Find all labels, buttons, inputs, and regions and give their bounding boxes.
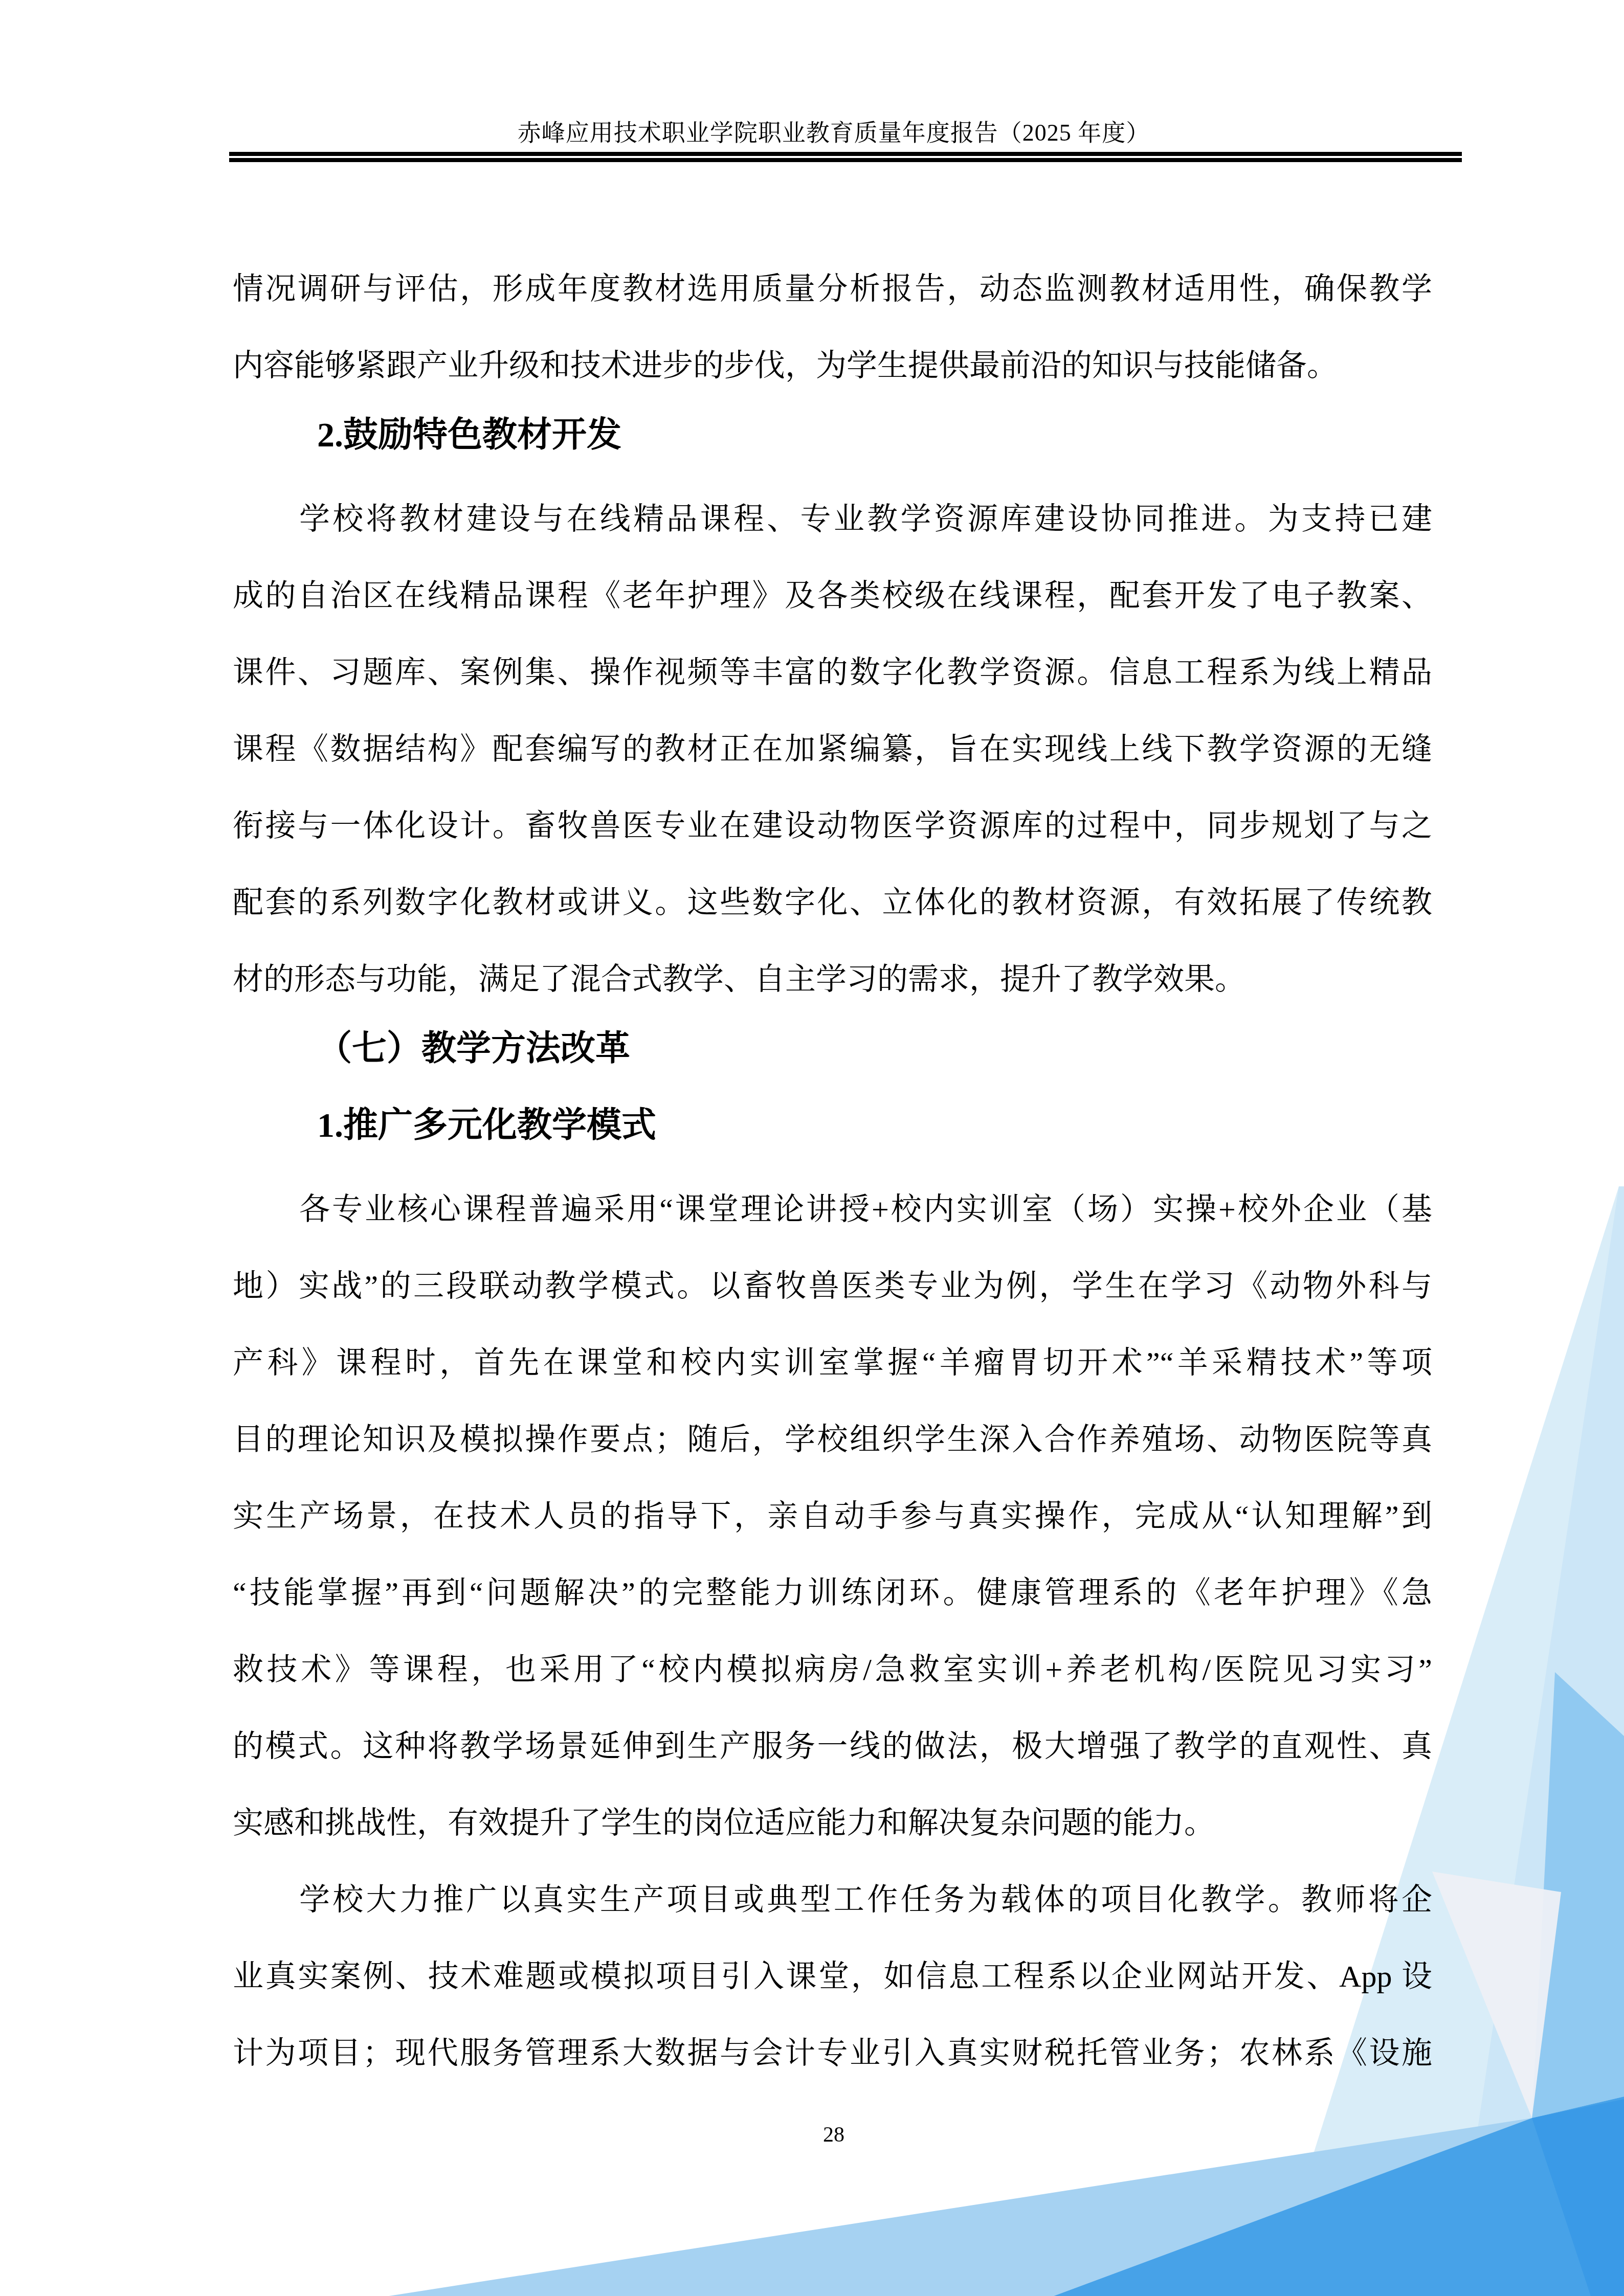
- report-page: 赤峰应用技术职业学院职业教育质量年度报告（2025 年度） 情况调研与评估，形成…: [0, 0, 1624, 2296]
- paragraph-line: 业真实案例、技术难题或模拟项目引入课堂，如信息工程系以企业网站开发、App 设: [233, 1938, 1432, 2015]
- header-rule-top: [229, 152, 1462, 156]
- paragraph-line: 课件、习题库、案例集、操作视频等丰富的数字化教学资源。信息工程系为线上精品: [233, 634, 1432, 711]
- section-heading: 2.鼓励特色教材开发: [233, 396, 1432, 473]
- paragraph-line: 的模式。这种将教学场景延伸到生产服务一线的做法，极大增强了教学的直观性、真: [233, 1708, 1432, 1785]
- paragraph-line: 学校将教材建设与在线精品课程、专业教学资源库建设协同推进。为支持已建: [233, 481, 1432, 557]
- decor-deep-blue-overlay: [1532, 2099, 1624, 2296]
- page-header-title: 赤峰应用技术职业学院职业教育质量年度报告（2025 年度）: [233, 118, 1435, 148]
- decor-gray-wedge: [1432, 1872, 1561, 2118]
- content-column: 情况调研与评估，形成年度教材选用质量分析报告，动态监测教材适用性，确保教学内容能…: [233, 251, 1432, 2091]
- paragraph-line: 内容能够紧跟产业升级和技术进步的步伐，为学生提供最前沿的知识与技能储备。: [233, 327, 1432, 404]
- paragraph-line: 情况调研与评估，形成年度教材选用质量分析报告，动态监测教材适用性，确保教学: [233, 251, 1432, 327]
- paragraph-line: 计为项目；现代服务管理系大数据与会计专业引入真实财税托管业务；农林系《设施: [233, 2015, 1432, 2091]
- paragraph-line: 实生产场景，在技术人员的指导下，亲自动手参与真实操作，完成从“认知理解”到: [233, 1478, 1432, 1555]
- paragraph-line: 成的自治区在线精品课程《老年护理》及各类校级在线课程，配套开发了电子教案、: [233, 557, 1432, 634]
- paragraph-line: 目的理论知识及模拟操作要点；随后，学校组织学生深入合作养殖场、动物医院等真: [233, 1401, 1432, 1478]
- paragraph-line: “技能掌握”再到“问题解决”的完整能力训练闭环。健康管理系的《老年护理》《急: [233, 1555, 1432, 1631]
- decor-mid-blue-band: [1532, 1672, 1624, 2118]
- paragraph-line: 产科》课程时，首先在课堂和校内实训室掌握“羊瘤胃切开术”“羊采精技术”等项: [233, 1324, 1432, 1401]
- decor-fan-inner-triangle: [1453, 1186, 1624, 2296]
- paragraph-line: 课程《数据结构》配套编写的教材正在加紧编纂，旨在实现线上线下教学资源的无缝: [233, 711, 1432, 787]
- header-rule-bottom: [229, 158, 1462, 162]
- page-number: 28: [233, 2122, 1435, 2148]
- paragraph-line: 学校大力推广以真实生产项目或典型工作任务为载体的项目化教学。教师将企: [233, 1861, 1432, 1938]
- section-heading: （七）教学方法改革: [233, 1010, 1432, 1087]
- section-heading: 1.推广多元化教学模式: [233, 1087, 1432, 1163]
- paragraph-line: 实感和挑战性，有效提升了学生的岗位适应能力和解决复杂问题的能力。: [233, 1785, 1432, 1861]
- paragraph-line: 救技术》等课程，也采用了“校内模拟病房/急救室实训+养老机构/医院见习实习”: [233, 1631, 1432, 1708]
- paragraph-line: 地）实战”的三段联动教学模式。以畜牧兽医类专业为例，学生在学习《动物外科与: [233, 1248, 1432, 1324]
- paragraph-line: 配套的系列数字化教材或讲义。这些数字化、立体化的教材资源，有效拓展了传统教: [233, 864, 1432, 941]
- paragraph-line: 各专业核心课程普遍采用“课堂理论讲授+校内实训室（场）实操+校外企业（基: [233, 1171, 1432, 1248]
- paragraph-line: 衔接与一体化设计。畜牧兽医专业在建设动物医学资源库的过程中，同步规划了与之: [233, 787, 1432, 864]
- paragraph-line: 材的形态与功能，满足了混合式教学、自主学习的需求，提升了教学效果。: [233, 941, 1432, 1018]
